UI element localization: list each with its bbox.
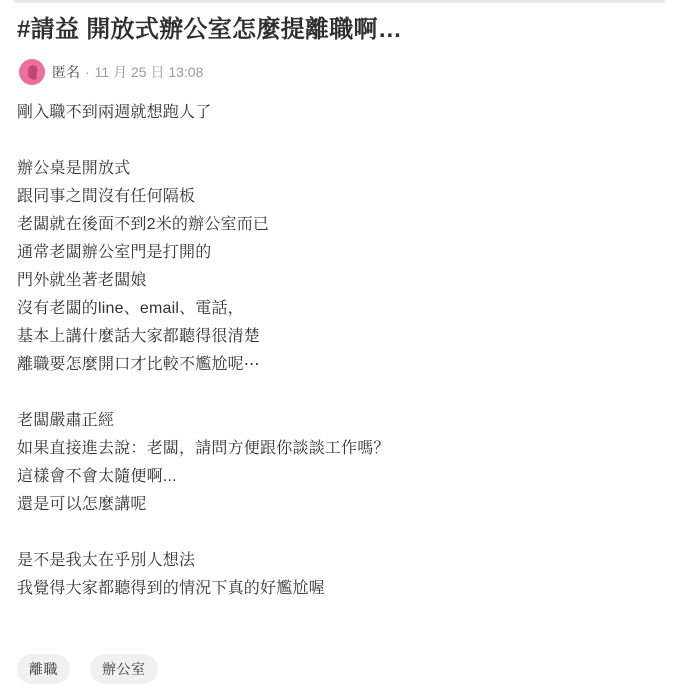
tag-button-office[interactable]: 辦公室 — [90, 654, 158, 684]
tag-button-resign[interactable]: 離職 — [17, 654, 70, 684]
post-meta: 匿名 · 11 月 25 日 13:08 — [19, 59, 203, 85]
post-date: 11 月 25 日 13:08 — [95, 62, 204, 82]
tags-row: 離職 辦公室 — [17, 654, 158, 684]
author-name: 匿名 — [52, 62, 80, 82]
meta-separator: · — [85, 64, 90, 80]
top-divider — [14, 0, 665, 3]
post-title: #請益 開放式辦公室怎麼提離職啊… — [17, 13, 659, 46]
anonymous-avatar — [19, 59, 45, 85]
post-page: #請益 開放式辦公室怎麼提離職啊… 匿名 · 11 月 25 日 13:08 剛… — [0, 0, 679, 696]
post-body: 剛入職不到兩週就想跑人了 辦公桌是開放式 跟同事之間沒有任何隔板 老闆就在後面不… — [17, 99, 659, 603]
